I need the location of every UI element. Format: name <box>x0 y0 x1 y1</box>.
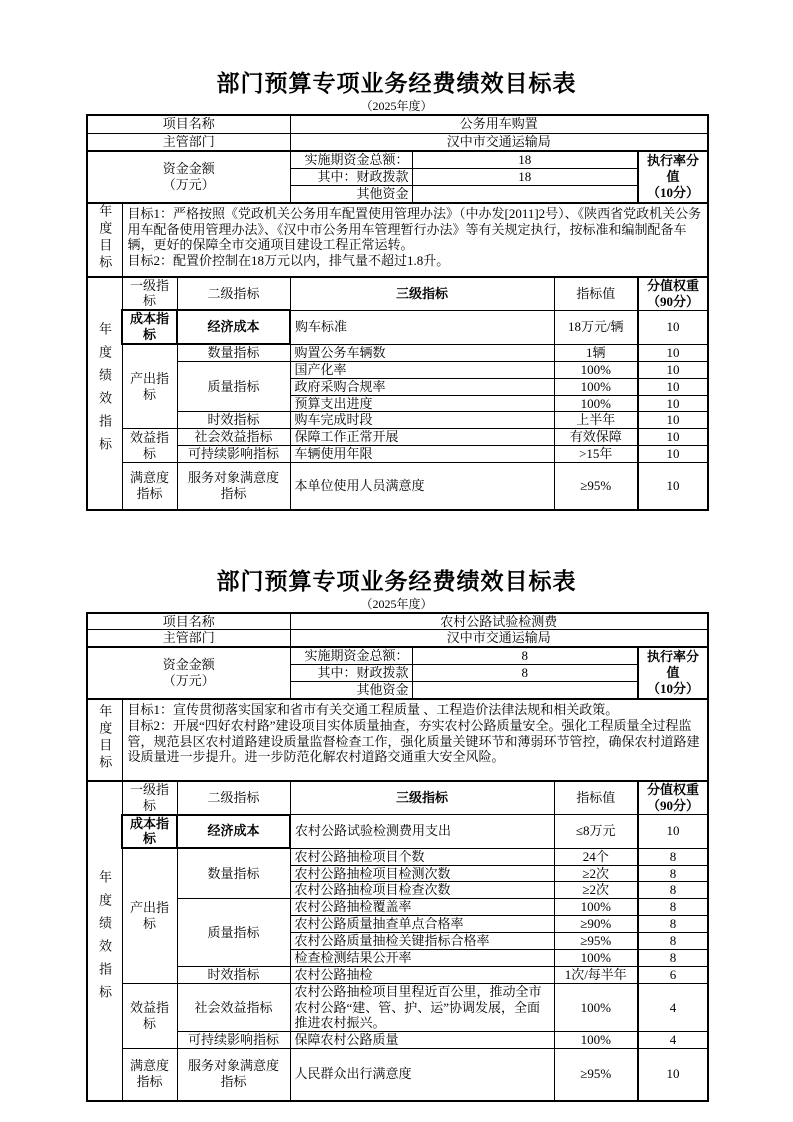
header-weight-cell: 分值权重 （90分） <box>638 781 708 815</box>
indicator-l1-cell: 满意度 指标 <box>122 1049 177 1101</box>
document-subtitle: （2025年度） <box>86 597 707 611</box>
performance-sidebar-cell: 年度绩效指标 <box>87 781 122 1101</box>
indicator-weight-cell: 10 <box>638 412 708 429</box>
fund-other-label-cell: 其他资金 <box>290 681 412 698</box>
annual-goal-label: 年度目标 <box>98 204 111 272</box>
project-name-label-cell: 项目名称 <box>87 115 290 133</box>
indicator-value-cell: ≤8万元 <box>554 815 638 849</box>
indicator-l3-cell: 预算支出进度 <box>290 395 554 412</box>
indicator-weight-cell: 8 <box>638 848 708 865</box>
indicator-value-cell: >15年 <box>554 446 638 463</box>
indicator-l3-cell: 购车标准 <box>290 310 554 344</box>
indicator-l2-cell: 服务对象满意度 指标 <box>177 463 290 510</box>
indicator-weight-cell: 10 <box>638 378 708 395</box>
indicator-l3-cell: 车辆使用年限 <box>290 446 554 463</box>
indicator-value-cell: 100% <box>554 395 638 412</box>
indicator-value-cell: 100% <box>554 983 638 1032</box>
fund-total-value-cell: 18 <box>412 151 638 168</box>
fund-total-label-cell: 实施期资金总额： <box>290 647 412 664</box>
indicator-l3-cell: 农村公路抽检覆盖率 <box>290 899 554 916</box>
document-subtitle: （2025年度） <box>86 99 707 113</box>
fund-fiscal-label-cell: 其中：财政拨款 <box>290 665 412 682</box>
fund-other-label-cell: 其他资金 <box>290 185 412 202</box>
fund-fiscal-value-cell: 18 <box>412 168 638 185</box>
indicator-weight-cell: 4 <box>638 1032 708 1049</box>
indicator-value-cell: 有效保障 <box>554 429 638 446</box>
indicator-weight-cell: 10 <box>638 361 708 378</box>
indicator-l3-cell: 农村公路试验检测费用支出 <box>290 815 554 849</box>
header-weight-cell: 分值权重 （90分） <box>638 277 708 311</box>
annual-goal-text-cell: 目标1：严格按照《党政机关公务用车配置使用管理办法》（中办发[2011]2号）、… <box>122 203 708 277</box>
indicator-value-cell: 24个 <box>554 848 638 865</box>
indicator-value-cell: 100% <box>554 949 638 966</box>
indicator-l3-cell: 购置公务车辆数 <box>290 344 554 361</box>
performance-target-table-1: 部门预算专项业务经费绩效目标表 （2025年度） 项目名称 公务用车购置 主管部… <box>86 70 707 511</box>
indicator-l2-cell: 社会效益指标 <box>177 983 290 1032</box>
fund-fiscal-label-cell: 其中：财政拨款 <box>290 168 412 185</box>
indicator-l2-cell: 社会效益指标 <box>177 429 290 446</box>
execution-rate-score-cell: 执行率分 值 （10分） <box>638 647 708 699</box>
indicator-l3-cell: 人民群众出行满意度 <box>290 1049 554 1101</box>
indicator-weight-cell: 8 <box>638 916 708 933</box>
indicator-l2-cell: 可持续影响指标 <box>177 446 290 463</box>
indicator-l3-cell: 保障工作正常开展 <box>290 429 554 446</box>
performance-sidebar-cell: 年度绩效指标 <box>87 277 122 510</box>
indicator-l3-cell: 农村公路质量抽查单点合格率 <box>290 916 554 933</box>
indicator-l3-cell: 政府采购合规率 <box>290 378 554 395</box>
indicator-weight-cell: 10 <box>638 815 708 849</box>
indicator-value-cell: ≥95% <box>554 1049 638 1101</box>
department-label-cell: 主管部门 <box>87 133 290 151</box>
indicator-weight-cell: 4 <box>638 983 708 1032</box>
indicator-l1-cell: 效益指 标 <box>122 983 177 1048</box>
department-label-cell: 主管部门 <box>87 630 290 647</box>
header-value-cell: 指标值 <box>554 781 638 815</box>
performance-sidebar-label: 年度绩效指标 <box>98 870 111 1008</box>
fund-other-value-cell <box>412 681 638 698</box>
header-l3-cell: 三级指标 <box>290 277 554 311</box>
annual-goal-label-cell: 年度目标 <box>87 699 122 781</box>
header-l1-cell: 一级指 标 <box>122 781 177 815</box>
document-title: 部门预算专项业务经费绩效目标表 <box>86 70 707 98</box>
indicator-value-cell: ≥95% <box>554 933 638 950</box>
indicator-weight-cell: 10 <box>638 1049 708 1101</box>
indicator-l3-cell: 农村公路抽检项目检查次数 <box>290 882 554 899</box>
fund-amount-label-cell: 资金金额 （万元） <box>87 151 290 203</box>
indicator-l2-cell: 可持续影响指标 <box>177 1032 290 1049</box>
indicator-weight-cell: 10 <box>638 463 708 510</box>
goal-line-2: 目标2：配置价控制在18万元以内，排气量不超过1.8升。 <box>128 253 703 269</box>
indicator-l2-cell: 经济成本 <box>177 310 290 344</box>
header-l2-cell: 二级指标 <box>177 781 290 815</box>
fund-other-value-cell <box>412 185 638 202</box>
target-table: 项目名称 农村公路试验检测费 主管部门 汉中市交通运输局 资金金额 （万元） 实… <box>86 612 709 1102</box>
goal-line-2: 目标2：开展“四好农村路”建设项目实体质量抽查，夯实农村公路质量安全。强化工程质… <box>128 718 703 766</box>
indicator-l3-cell: 本单位使用人员满意度 <box>290 463 554 510</box>
indicator-weight-cell: 10 <box>638 429 708 446</box>
indicator-l1-cell: 成本指 标 <box>122 310 177 344</box>
department-value-cell: 汉中市交通运输局 <box>290 133 708 151</box>
indicator-l2-cell: 质量指标 <box>177 899 290 966</box>
indicator-value-cell: 100% <box>554 378 638 395</box>
indicator-l1-cell: 产出指 标 <box>122 848 177 983</box>
fund-amount-label-cell: 资金金额 （万元） <box>87 647 290 699</box>
indicator-weight-cell: 6 <box>638 966 708 983</box>
indicator-weight-cell: 8 <box>638 865 708 882</box>
annual-goal-label: 年度目标 <box>98 704 111 772</box>
indicator-l1-cell: 满意度 指标 <box>122 463 177 510</box>
header-l2-cell: 二级指标 <box>177 277 290 311</box>
indicator-weight-cell: 8 <box>638 882 708 899</box>
indicator-l2-cell: 时效指标 <box>177 966 290 983</box>
indicator-value-cell: 1辆 <box>554 344 638 361</box>
annual-goal-label-cell: 年度目标 <box>87 203 122 277</box>
indicator-l2-cell: 数量指标 <box>177 848 290 899</box>
indicator-weight-cell: 10 <box>638 344 708 361</box>
fund-total-value-cell: 8 <box>412 647 638 664</box>
project-name-value-cell: 农村公路试验检测费 <box>290 613 708 630</box>
performance-target-table-2: 部门预算专项业务经费绩效目标表 （2025年度） 项目名称 农村公路试验检测费 … <box>86 568 707 1102</box>
indicator-value-cell: 100% <box>554 899 638 916</box>
department-value-cell: 汉中市交通运输局 <box>290 630 708 647</box>
indicator-weight-cell: 10 <box>638 310 708 344</box>
performance-sidebar-label: 年度绩效指标 <box>98 322 111 460</box>
indicator-value-cell: ≥90% <box>554 916 638 933</box>
indicator-l2-cell: 质量指标 <box>177 361 290 412</box>
indicator-l1-cell: 成本指 标 <box>122 815 177 849</box>
fund-total-label-cell: 实施期资金总额： <box>290 151 412 168</box>
project-name-label-cell: 项目名称 <box>87 613 290 630</box>
document-page: 部门预算专项业务经费绩效目标表 （2025年度） 项目名称 公务用车购置 主管部… <box>0 0 793 1122</box>
indicator-l2-cell: 经济成本 <box>177 815 290 849</box>
header-value-cell: 指标值 <box>554 277 638 311</box>
indicator-weight-cell: 8 <box>638 949 708 966</box>
project-name-value-cell: 公务用车购置 <box>290 115 708 133</box>
indicator-l2-cell: 数量指标 <box>177 344 290 361</box>
indicator-l3-cell: 农村公路质量抽检关键指标合格率 <box>290 933 554 950</box>
indicator-value-cell: 上半年 <box>554 412 638 429</box>
indicator-l3-cell: 农村公路抽检 <box>290 966 554 983</box>
indicator-weight-cell: 8 <box>638 933 708 950</box>
indicator-value-cell: 100% <box>554 1032 638 1049</box>
execution-rate-score-cell: 执行率分 值 （10分） <box>638 151 708 203</box>
indicator-weight-cell: 8 <box>638 899 708 916</box>
indicator-l3-cell: 农村公路抽检项目里程近百公里，推动全市农村公路“建、管、护、运”协调发展，全面推… <box>290 983 554 1032</box>
target-table: 项目名称 公务用车购置 主管部门 汉中市交通运输局 资金金额 （万元） 实施期资… <box>86 114 709 511</box>
indicator-l3-cell: 检查检测结果公开率 <box>290 949 554 966</box>
indicator-weight-cell: 10 <box>638 395 708 412</box>
indicator-l3-cell: 国产化率 <box>290 361 554 378</box>
indicator-value-cell: 1次/每半年 <box>554 966 638 983</box>
indicator-value-cell: 100% <box>554 361 638 378</box>
indicator-value-cell: ≥95% <box>554 463 638 510</box>
goal-line-1: 目标1：宣传贯彻落实国家和省市有关交通工程质量 、工程造价法律法规和相关政策。 <box>128 702 703 718</box>
indicator-l1-cell: 产出指 标 <box>122 344 177 429</box>
indicator-l2-cell: 时效指标 <box>177 412 290 429</box>
document-title: 部门预算专项业务经费绩效目标表 <box>86 568 707 596</box>
indicator-l1-cell: 效益指 标 <box>122 429 177 463</box>
indicator-l3-cell: 农村公路抽检项目检测次数 <box>290 865 554 882</box>
indicator-l2-cell: 服务对象满意度 指标 <box>177 1049 290 1101</box>
header-l1-cell: 一级指 标 <box>122 277 177 311</box>
indicator-l3-cell: 农村公路抽检项目个数 <box>290 848 554 865</box>
annual-goal-text-cell: 目标1：宣传贯彻落实国家和省市有关交通工程质量 、工程造价法律法规和相关政策。 … <box>122 699 708 781</box>
indicator-value-cell: 18万元/辆 <box>554 310 638 344</box>
indicator-value-cell: ≥2次 <box>554 882 638 899</box>
fund-fiscal-value-cell: 8 <box>412 665 638 682</box>
indicator-value-cell: ≥2次 <box>554 865 638 882</box>
header-l3-cell: 三级指标 <box>290 781 554 815</box>
goal-line-1: 目标1：严格按照《党政机关公务用车配置使用管理办法》（中办发[2011]2号）、… <box>128 206 703 254</box>
indicator-l3-cell: 保障农村公路质量 <box>290 1032 554 1049</box>
indicator-l3-cell: 购车完成时段 <box>290 412 554 429</box>
indicator-weight-cell: 10 <box>638 446 708 463</box>
